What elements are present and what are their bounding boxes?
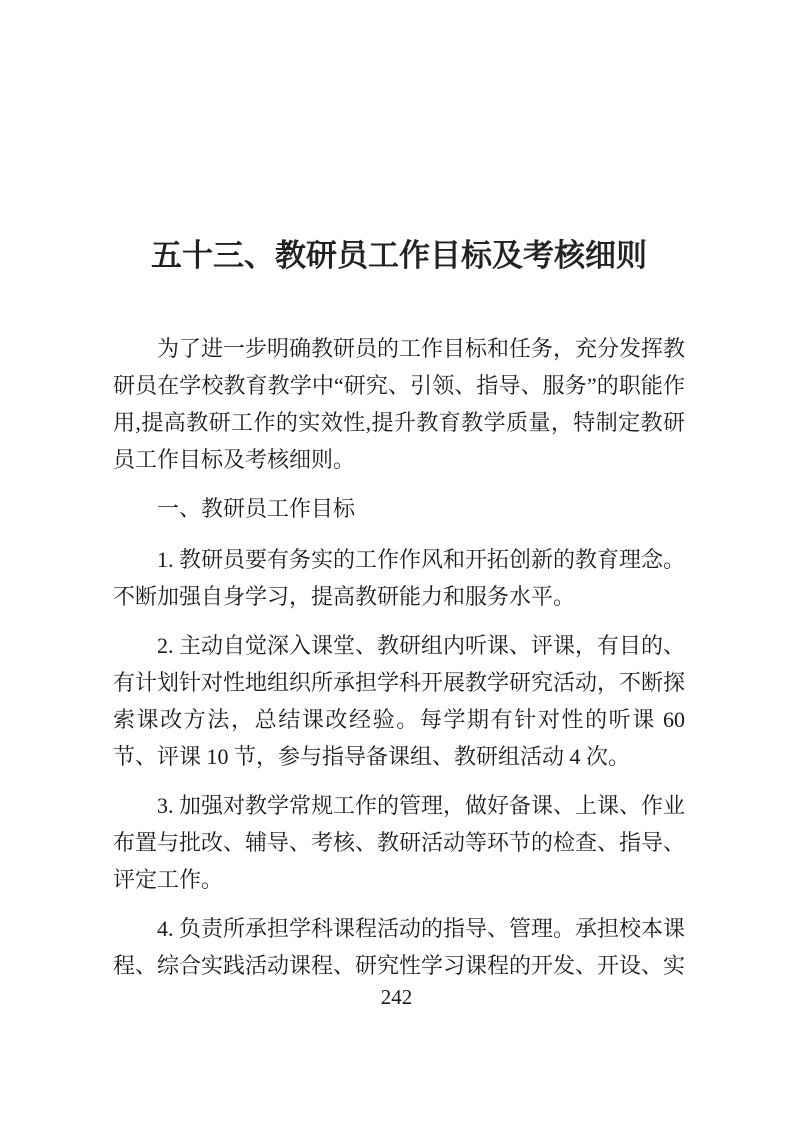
list-item-2: 2. 主动自觉深入课堂、教研组内听课、评课，有目的、有计划针对性地组织所承担学科… xyxy=(113,627,685,775)
page-number: 242 xyxy=(0,984,793,1010)
document-title-text: 五十三、教研员工作目标及考核细则 xyxy=(151,238,647,274)
intro-paragraph: 为了进一步明确教研员的工作目标和任务，充分发挥教研员在学校教育教学中“研究、引领… xyxy=(113,330,685,478)
list-item-4: 4. 负责所承担学科课程活动的指导、管理。承担校本课程、综合实践活动课程、研究性… xyxy=(113,910,685,984)
list-item-1: 1. 教研员要有务实的工作作风和开拓创新的教育理念。不断加强自身学习，提高教研能… xyxy=(113,541,685,615)
section-heading: 一、教研员工作目标 xyxy=(113,490,685,527)
document-title: 五十三、教研员工作目标及考核细则 xyxy=(113,234,685,278)
document-page: 五十三、教研员工作目标及考核细则 为了进一步明确教研员的工作目标和任务，充分发挥… xyxy=(0,0,793,1122)
list-item-3: 3. 加强对教学常规工作的管理，做好备课、上课、作业布置与批改、辅导、考核、教研… xyxy=(113,787,685,898)
document-content: 五十三、教研员工作目标及考核细则 为了进一步明确教研员的工作目标和任务，充分发挥… xyxy=(113,0,685,996)
